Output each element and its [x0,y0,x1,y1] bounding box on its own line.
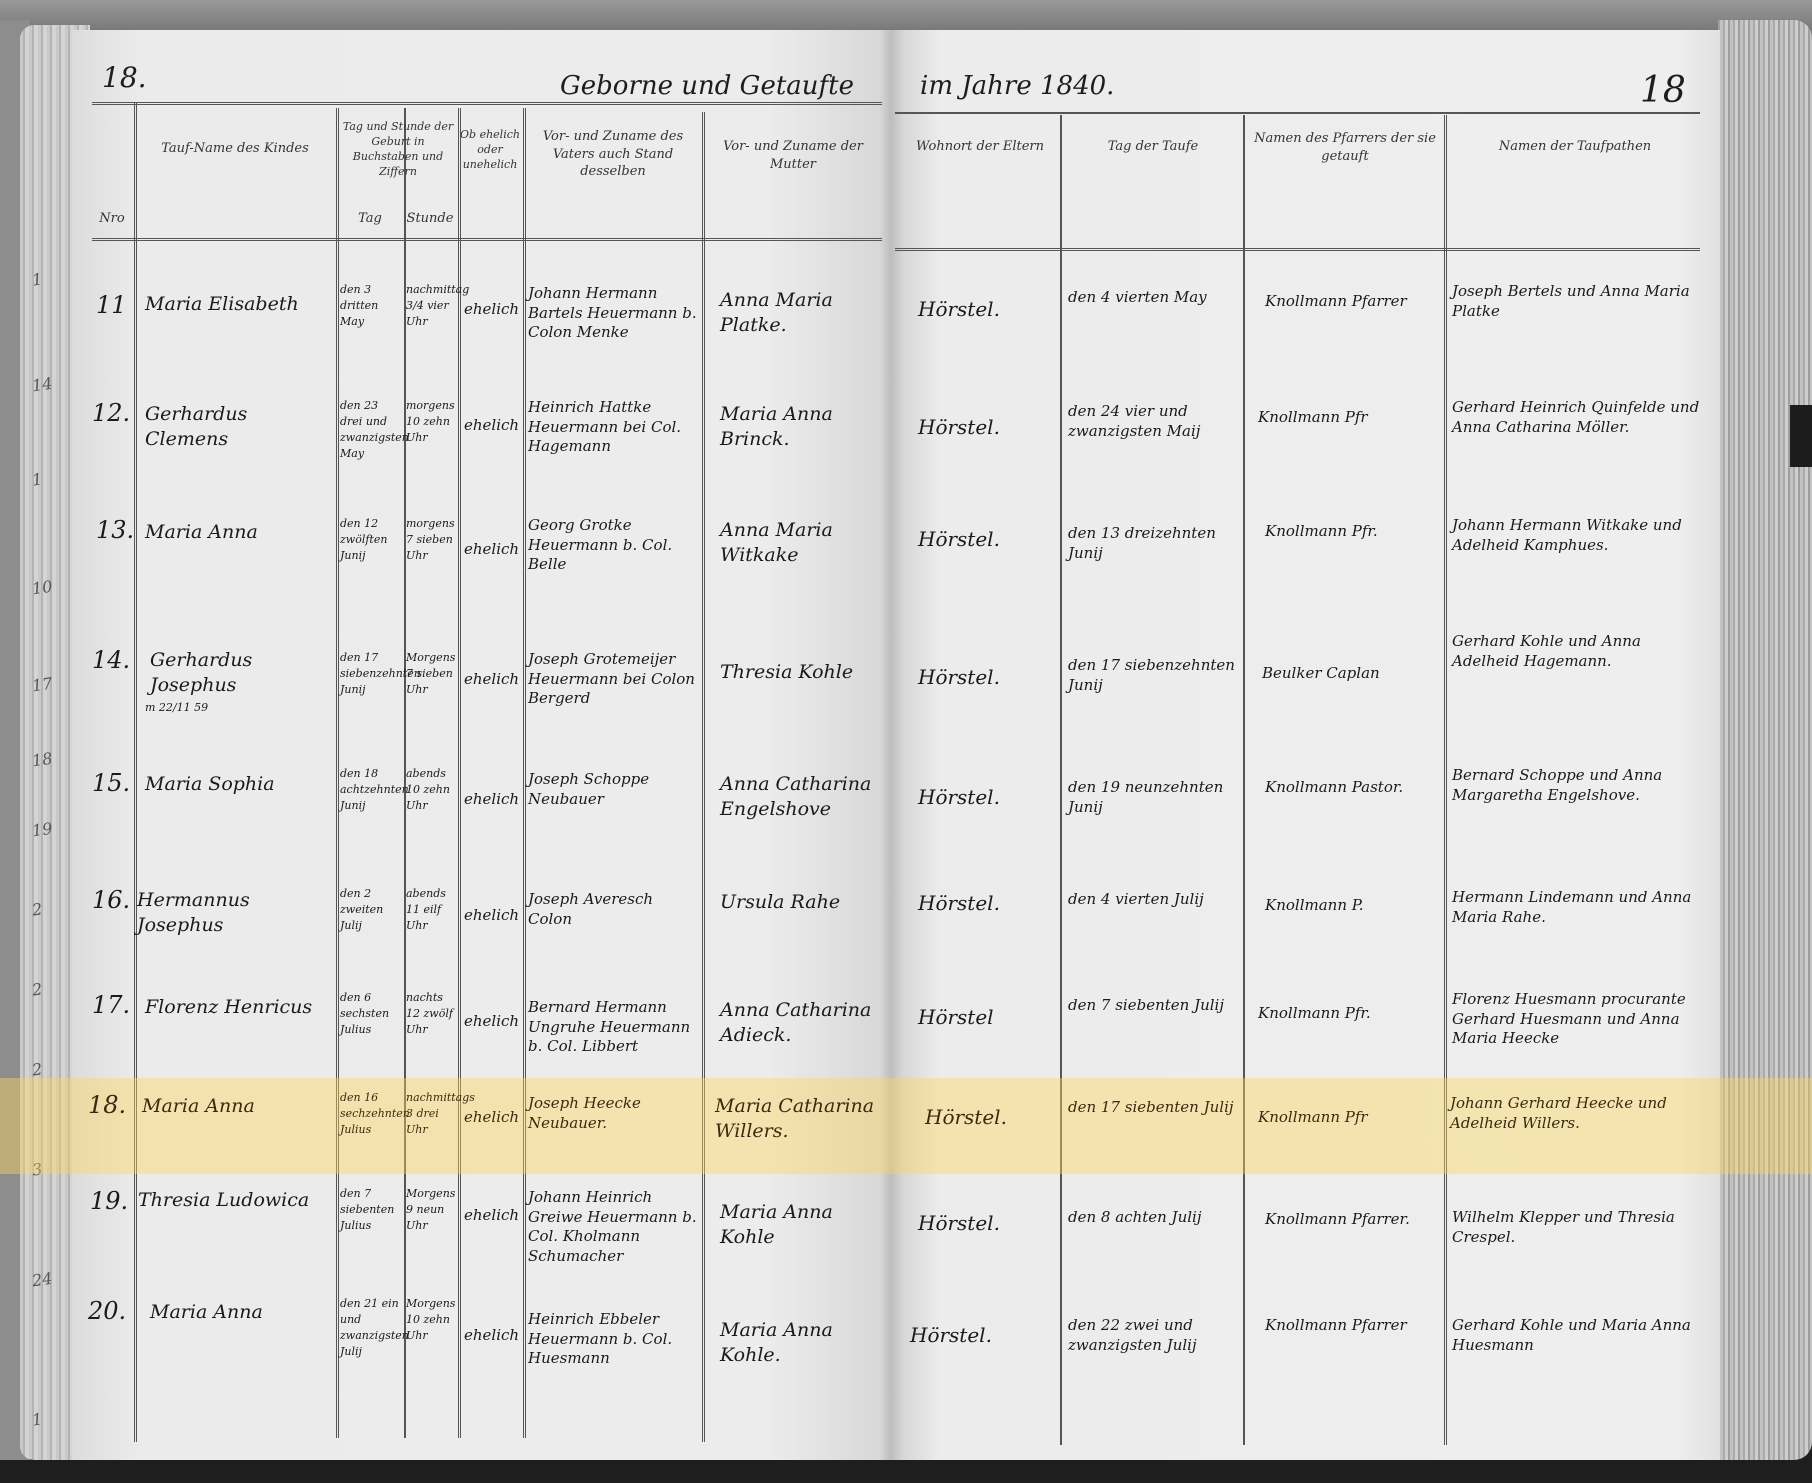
birth-day: den 7 siebenten Julius [340,1186,402,1234]
entry-number: 17. [92,990,130,1021]
entry-number: 18. [88,1090,126,1121]
legitimacy: ehelich [464,670,519,690]
birth-day: den 16 sechzehnten Julius [340,1090,402,1138]
child-name: Hermannus Josephus [137,888,333,937]
residence: Hörstel. [918,526,1000,552]
birth-day: den 6 sechsten Julius [340,990,402,1038]
godparents: Johann Hermann Witkake und Adelheid Kamp… [1452,516,1707,555]
col-rule [1243,115,1245,1445]
header-rule-right [895,248,1700,251]
top-rule-right [895,112,1700,114]
col-rule [134,102,137,1442]
header-birth-hour: Stunde [404,210,456,228]
prev-num: 3 [31,1159,44,1179]
mother-name: Thresia Kohle [720,660,880,685]
birth-hour: nachmittags 3 drei Uhr [406,1090,458,1138]
birth-hour: abends 11 eilf Uhr [406,886,458,934]
baptism-date: den 8 achten Julij [1068,1208,1238,1228]
residence: Hörstel. [918,664,1000,690]
godparents: Florenz Huesmann procurante Gerhard Hues… [1452,990,1707,1049]
header-mother: Vor- und Zuname der Mutter [708,138,878,173]
prev-num: 17 [31,674,54,696]
legitimacy: ehelich [464,1206,519,1226]
baptism-date: den 7 siebenten Julij [1068,996,1238,1016]
baptism-date: den 4 vierten Julij [1068,890,1238,910]
child-name: Maria Elisabeth [145,292,335,317]
col-rule [1060,115,1062,1445]
birth-hour: Morgens 7 sieben Uhr [406,650,458,698]
entry-number: 19. [90,1186,128,1217]
prev-num: 18 [31,749,54,771]
father-name: Joseph Averesch Colon [528,890,700,929]
register-title: Geborne und Getaufte [560,72,854,102]
entry-number: 14. [92,645,130,676]
header-rule-left [92,238,882,241]
residence: Hörstel. [918,890,1000,916]
godparents: Gerhard Heinrich Quinfelde und Anna Cath… [1452,398,1707,437]
header-godparents: Namen der Taufpathen [1450,138,1700,156]
priest-name: Knollmann P. [1265,896,1435,916]
birth-day: den 12 zwölften Junij [340,516,402,564]
residence: Hörstel [918,1004,994,1030]
prev-num: 1 [31,269,44,289]
father-name: Heinrich Ebbeler Heuermann b. Col. Huesm… [528,1310,700,1369]
child-name: Maria Sophia [145,772,335,797]
residence: Hörstel. [910,1322,992,1348]
priest-name: Knollmann Pfr [1258,1108,1438,1128]
mother-name: Maria Anna Kohle [720,1200,880,1249]
priest-name: Knollmann Pfarrer. [1265,1210,1435,1230]
header-nr: Nro [92,210,132,228]
prev-num: 1 [31,469,44,489]
father-name: Johann Heinrich Greiwe Heuermann b. Col.… [528,1188,700,1266]
birth-day: den 3 dritten May [340,282,402,330]
mother-name: Anna Catharina Adieck. [720,998,880,1047]
legitimacy: ehelich [464,1326,519,1346]
entry-number: 20. [88,1296,126,1327]
godparents: Johann Gerhard Heecke und Adelheid Wille… [1450,1094,1705,1133]
priest-name: Beulker Caplan [1262,664,1442,684]
mother-name: Ursula Rahe [720,890,880,915]
child-note: m 22/11 59 [145,700,208,716]
prev-num: 14 [31,374,54,396]
father-name: Johann Hermann Bartels Heuermann b. Colo… [528,284,700,343]
legitimacy: ehelich [464,416,519,436]
birth-hour: abends 10 zehn Uhr [406,766,458,814]
page-number-left: 18. [102,62,147,94]
father-name: Heinrich Hattke Heuermann bei Col. Hagem… [528,398,700,457]
baptism-date: den 19 neunzehnten Junij [1068,778,1238,817]
entry-number: 13. [96,515,134,546]
godparents: Bernard Schoppe und Anna Margaretha Enge… [1452,766,1707,805]
col-rule [336,108,339,1438]
godparents: Gerhard Kohle und Maria Anna Huesmann [1452,1316,1707,1355]
mother-name: Maria Catharina Willers. [715,1094,885,1143]
birth-day: den 21 ein und zwanzigsten Julij [340,1296,402,1360]
child-name: Gerhardus Clemens [145,402,335,451]
col-rule [1444,115,1447,1445]
prev-num: 2 [31,899,44,919]
mother-name: Anna Maria Witkake [720,518,880,567]
residence: Hörstel. [918,296,1000,322]
child-name: Maria Anna [142,1094,332,1119]
legitimacy: ehelich [464,906,519,926]
priest-name: Knollmann Pfr. [1258,1004,1438,1024]
entry-number: 16. [92,885,130,916]
header-birth: Tag und Stunde der Geburt in Buchstaben … [338,120,458,179]
priest-name: Knollmann Pfr. [1265,522,1435,542]
page-number-right: 18 [1640,70,1686,111]
birth-day: den 2 zweiten Julij [340,886,402,934]
baptism-date: den 4 vierten May [1068,288,1238,308]
prev-num: 2 [31,979,44,999]
birth-hour: Morgens 9 neun Uhr [406,1186,458,1234]
birth-hour: nachts 12 zwölf Uhr [406,990,458,1038]
baptism-date: den 17 siebenten Julij [1068,1098,1238,1118]
baptism-date: den 22 zwei und zwanzigsten Julij [1068,1316,1238,1355]
prev-num: 10 [31,577,54,599]
baptism-date: den 13 dreizehnten Junij [1068,524,1238,563]
header-child-name: Tauf-Name des Kindes [150,140,320,158]
residence: Hörstel. [925,1104,1007,1130]
header-father: Vor- und Zuname des Vaters auch Stand de… [528,128,698,181]
mother-name: Anna Maria Platke. [720,288,880,337]
priest-name: Knollmann Pfarrer [1265,292,1435,312]
child-name: Maria Anna [145,520,335,545]
header-legitimate: Ob ehelich oder unehelich [460,128,520,173]
mother-name: Maria Anna Kohle. [720,1318,880,1367]
birth-hour: morgens 10 zehn Uhr [406,398,458,446]
residence: Hörstel. [918,414,1000,440]
child-name: Maria Anna [150,1300,335,1325]
mother-name: Anna Catharina Engelshove [720,772,880,821]
birth-day: den 23 drei und zwanzigsten May [340,398,402,462]
header-residence: Wohnort der Eltern [905,138,1055,156]
legitimacy: ehelich [464,300,519,320]
prev-num: 24 [31,1269,54,1291]
previous-page-numbers: 1 14 1 10 17 18 19 2 2 2 3 24 1 [24,0,54,1483]
register-year: im Jahre 1840. [920,72,1114,102]
child-name: Gerhardus Josephus [150,648,330,697]
entry-number: 12. [92,398,130,429]
bookmark-ribbon [1790,405,1812,467]
father-name: Joseph Grotemeijer Heuermann bei Colon B… [528,650,700,709]
godparents: Wilhelm Klepper und Thresia Crespel. [1452,1208,1707,1247]
birth-hour: Morgens 10 zehn Uhr [406,1296,458,1344]
book-gutter [880,30,902,1460]
entry-number: 11 [96,290,127,321]
entry-number: 15. [92,768,130,799]
priest-name: Knollmann Pastor. [1265,778,1435,798]
header-baptism-date: Tag der Taufe [1068,138,1238,156]
father-name: Joseph Schoppe Neubauer [528,770,700,809]
legitimacy: ehelich [464,540,519,560]
prev-num: 2 [31,1059,44,1079]
col-rule [458,108,461,1438]
child-name: Thresia Ludowica [138,1188,334,1213]
header-priest: Namen des Pfarrers der sie getauft [1250,130,1440,165]
baptism-date: den 17 siebenzehnten Junij [1068,656,1238,695]
godparents: Joseph Bertels und Anna Maria Platke [1452,282,1707,321]
prev-num: 1 [31,1409,44,1429]
child-name: Florenz Henricus [145,995,335,1020]
top-rule-left [92,102,882,105]
legitimacy: ehelich [464,790,519,810]
legitimacy: ehelich [464,1012,519,1032]
mother-name: Maria Anna Brinck. [720,402,880,451]
residence: Hörstel. [918,784,1000,810]
page-edges-right [1718,20,1812,1460]
priest-name: Knollmann Pfr [1258,408,1438,428]
father-name: Joseph Heecke Neubauer. [528,1094,700,1133]
col-rule [523,108,526,1438]
birth-day: den 18 achtzehnten Junij [340,766,402,814]
baptism-date: den 24 vier und zwanzigsten Maij [1068,402,1238,441]
priest-name: Knollmann Pfarrer [1265,1316,1435,1336]
header-birth-day: Tag [340,210,400,228]
legitimacy: ehelich [464,1108,519,1128]
godparents: Hermann Lindemann und Anna Maria Rahe. [1452,888,1707,927]
godparents: Gerhard Kohle und Anna Adelheid Hagemann… [1452,632,1707,671]
residence: Hörstel. [918,1210,1000,1236]
birth-day: den 17 siebenzehnten Junij [340,650,402,698]
birth-hour: morgens 7 sieben Uhr [406,516,458,564]
father-name: Georg Grotke Heuermann b. Col. Belle [528,516,700,575]
father-name: Bernard Hermann Ungruhe Heuermann b. Col… [528,998,700,1057]
prev-num: 19 [31,819,54,841]
birth-hour: nachmittag 3/4 vier Uhr [406,282,458,330]
col-rule [702,112,705,1442]
